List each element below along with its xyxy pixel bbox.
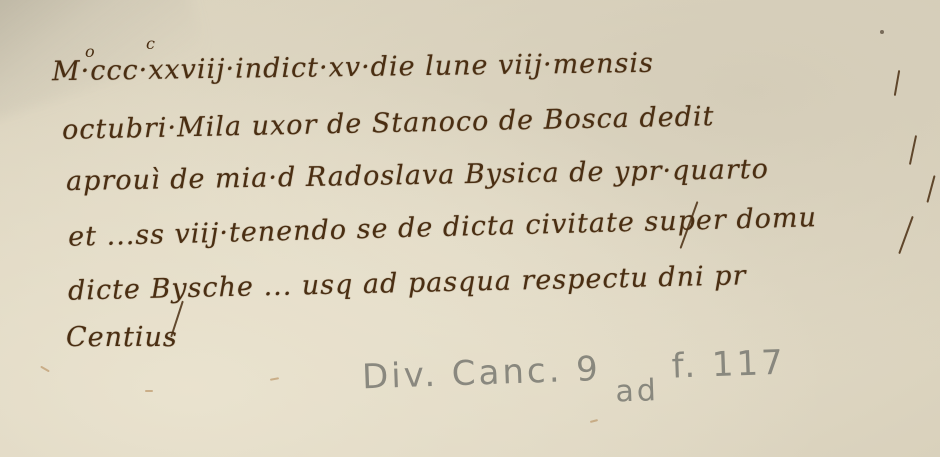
pencil-shelfmark: Div. Canc. 9 ad f. 117 <box>361 343 786 398</box>
pencil-text-left: Div. Canc. 9 <box>361 349 601 397</box>
text-line-4: et ...ss viij·tenendo se de dicta civita… <box>68 202 818 253</box>
pencil-text-right: f. 117 <box>671 343 786 387</box>
margin-stroke <box>909 135 917 165</box>
pencil-text-ad: ad <box>615 373 660 409</box>
text-line-2: octubri·Mila uxor de Stanoco de Bosca de… <box>62 101 715 146</box>
paper-fiber <box>270 377 279 381</box>
paper-fiber <box>145 390 153 392</box>
text-line-3: aprouì de mia·d Radoslava Bysica de ypr·… <box>66 154 769 197</box>
margin-stroke <box>898 216 914 254</box>
manuscript-sheet: o c M·ccc·xxviij·indict·xv·die lune viij… <box>0 0 940 457</box>
margin-stroke <box>926 175 935 203</box>
paper-fiber <box>880 30 884 34</box>
superscript-c: c <box>146 34 155 53</box>
paper-fiber <box>590 419 598 423</box>
paper-fiber <box>40 366 50 373</box>
text-line-6: Centius <box>66 322 178 353</box>
margin-stroke <box>894 70 900 96</box>
text-line-5: dicte Bysche ... usq ad pasqua respectu … <box>68 260 747 306</box>
